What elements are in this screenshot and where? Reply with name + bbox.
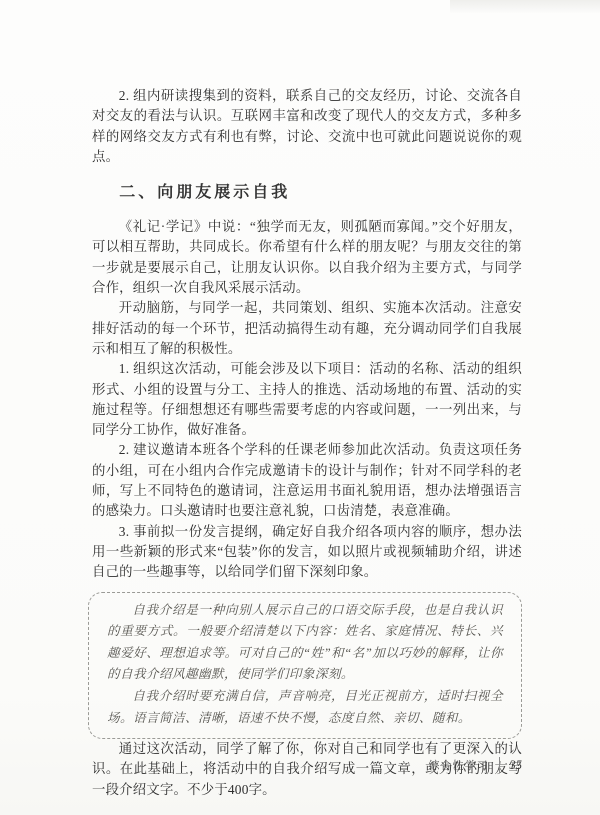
paragraph-step2: 2. 建议邀请本班各个学科的任课老师参加此次活动。负责这项任务的小组，可在小组内… xyxy=(92,440,522,521)
textbook-page: 2. 组内研读搜集到的资料，联系自己的交友经历，讨论、交流各自对交友的看法与认识… xyxy=(0,0,600,815)
section-heading: 二、向朋友展示自我 xyxy=(92,182,522,204)
page-footer: 综合性学习 35 xyxy=(429,757,523,773)
paragraph-item2: 2. 组内研读搜集到的资料，联系自己的交友经历，讨论、交流各自对交友的看法与认识… xyxy=(92,86,522,167)
paragraph-step1: 1. 组织这次活动，可能会涉及以下项目：活动的名称、活动的组织形式、小组的设置与… xyxy=(92,359,522,440)
footer-divider xyxy=(499,757,500,773)
footer-section-label: 综合性学习 xyxy=(429,757,489,773)
tip-box: 自我介绍是一种向别人展示自己的口语交际手段，也是自我认识的重要方式。一般要介绍清… xyxy=(88,592,522,740)
paragraph-step3: 3. 事前拟一份发言提纲，确定好自我介绍各项内容的顺序，想办法用一些新颖的形式来… xyxy=(92,522,522,583)
paragraph-lead: 《礼记·学记》中说：“独学而无友，则孤陋而寡闻。”交个好朋友，可以相互帮助，共同… xyxy=(92,217,522,298)
paragraph-plan: 开动脑筋，与同学一起，共同策划、组织、实施本次活动。注意安排好活动的每一个环节，… xyxy=(92,298,522,359)
footer-page-number: 35 xyxy=(510,758,523,773)
page-content: 2. 组内研读搜集到的资料，联系自己的交友经历，讨论、交流各自对交友的看法与认识… xyxy=(92,86,522,800)
tip-box-paragraph-2: 自我介绍时要充满自信，声音响亮，目光正视前方，适时扫视全场。语言简洁、清晰，语速… xyxy=(107,686,503,729)
scan-shading xyxy=(450,0,600,14)
tip-box-paragraph-1: 自我介绍是一种向别人展示自己的口语交际手段，也是自我认识的重要方式。一般要介绍清… xyxy=(107,600,503,686)
